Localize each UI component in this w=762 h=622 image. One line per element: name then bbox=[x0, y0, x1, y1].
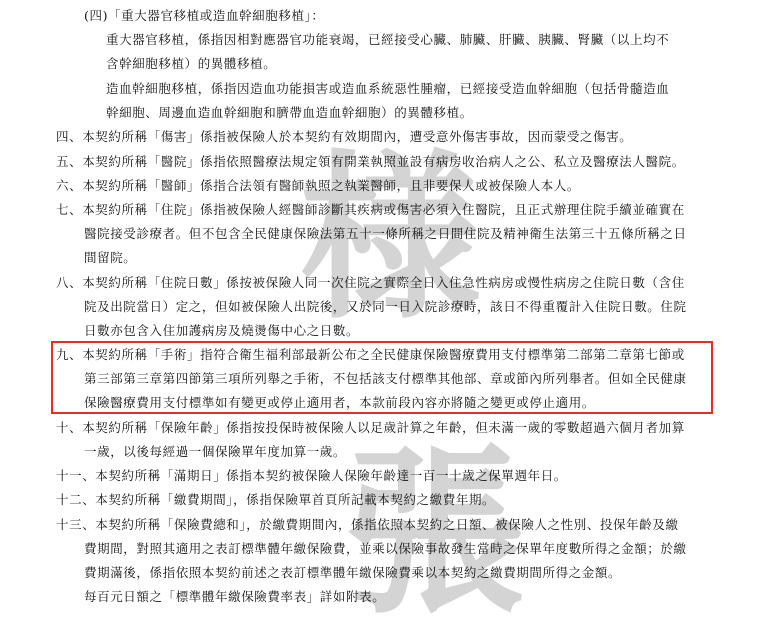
definition-item-9-surgery-line-2: 第三部第三章第四節第三項所列舉之手術，不包括該支付標準其他部、章或節內所列舉者。… bbox=[84, 369, 687, 387]
definition-item-13-line-4: 每百元日額之「標準體年繳保險費率表」詳如附表。 bbox=[84, 587, 385, 605]
definition-item-8-line-1: 八、本契約所稱「住院日數」係按被保險人同一次住院之實際全日入住急性病房或慢性病房… bbox=[56, 273, 685, 291]
organ-transplant-text-line-2: 含幹細胞移植）的異體移植。 bbox=[106, 54, 276, 72]
subsection-heading-organ-transplant: (四)「重大器官移植或造血幹細胞移植」： bbox=[84, 6, 325, 24]
definition-item-9-surgery-line-1: 九、本契約所稱「手術」指符合衛生福利部最新公布之全民健康保險醫療費用支付標準第二… bbox=[56, 345, 685, 363]
definition-item-8-line-3: 日數亦包含入住加護病房及燒燙傷中心之日數。 bbox=[84, 321, 359, 339]
organ-transplant-text-line-1: 重大器官移植，係指因相對應器官功能衰竭，已經接受心臟、肺臟、肝臟、胰臟、腎臟（以… bbox=[106, 30, 669, 48]
definition-item-10-line-1: 十、本契約所稱「保險年齡」係指按投保時被保險人以足歲計算之年齡，但未滿一歲的零數… bbox=[56, 418, 685, 436]
definition-item-7-line-2: 醫院接受診療者。但不包含全民健康保險法第五十一條所稱之日間住院及精神衛生法第三十… bbox=[84, 224, 687, 242]
definition-item-5-hospital: 五、本契約所稱「醫院」係指依照醫療法規定領有開業執照並設有病房收治病人之公、私立… bbox=[56, 152, 685, 170]
stem-cell-transplant-text-line-1: 造血幹細胞移植，係指因造血功能損害或造血系統惡性腫瘤，已經接受造血幹細胞（包括骨… bbox=[106, 79, 669, 97]
definition-item-13-line-1: 十三、本契約所稱「保險費總和」，於繳費期間內，係指依照本契約之日額、被保險人之性… bbox=[56, 515, 679, 533]
definition-item-4-injury: 四、本契約所稱「傷害」係指被保險人於本契約有效期間內，遭受意外傷害事故，因而蒙受… bbox=[56, 127, 632, 145]
definition-item-13-line-3: 費期滿後，係指依照本契約前述之表訂標準體年繳保險費乘以本契約之繳費期間所得之金額… bbox=[84, 563, 621, 581]
definition-item-11-maturity-date: 十一、本契約所稱「滿期日」係指本契約被保險人保險年齡達一百一十歲之保單週年日。 bbox=[56, 466, 567, 484]
definition-item-7-line-3: 間留院。 bbox=[84, 248, 136, 266]
definition-item-9-surgery-line-3: 保險醫療費用支付標準如有變更或停止適用者，本款前段內容亦將隨之變更或停止適用。 bbox=[84, 393, 595, 411]
definition-item-7-line-1: 七、本契約所稱「住院」係指被保險人經醫師診斷其疾病或傷害必須入住醫院，且正式辦理… bbox=[56, 200, 685, 218]
definition-item-10-line-2: 一歲，以後每經過一個保險單年度加算一歲。 bbox=[84, 442, 346, 460]
definition-item-8-line-2: 院及出院當日）定之，但如被保險人出院後，又於同一日入院診療時，該日不得重覆計入住… bbox=[84, 297, 687, 315]
definition-item-13-line-2: 費期間，對照其適用之表訂標準體年繳保險費，並乘以保險事故發生當時之保單年度數所得… bbox=[84, 539, 687, 557]
stem-cell-transplant-text-line-2: 幹細胞、周邊血造血幹細胞和臍帶血造血幹細胞）的異體移植。 bbox=[106, 103, 473, 121]
definition-item-6-physician: 六、本契約所稱「醫師」係指合法領有醫師執照之執業醫師，且非要保人或被保險人本人。 bbox=[56, 176, 580, 194]
definition-item-12-payment-period: 十二、本契約所稱「繳費期間」，係指保險單首頁所記載本契約之繳費年期。 bbox=[56, 490, 495, 508]
